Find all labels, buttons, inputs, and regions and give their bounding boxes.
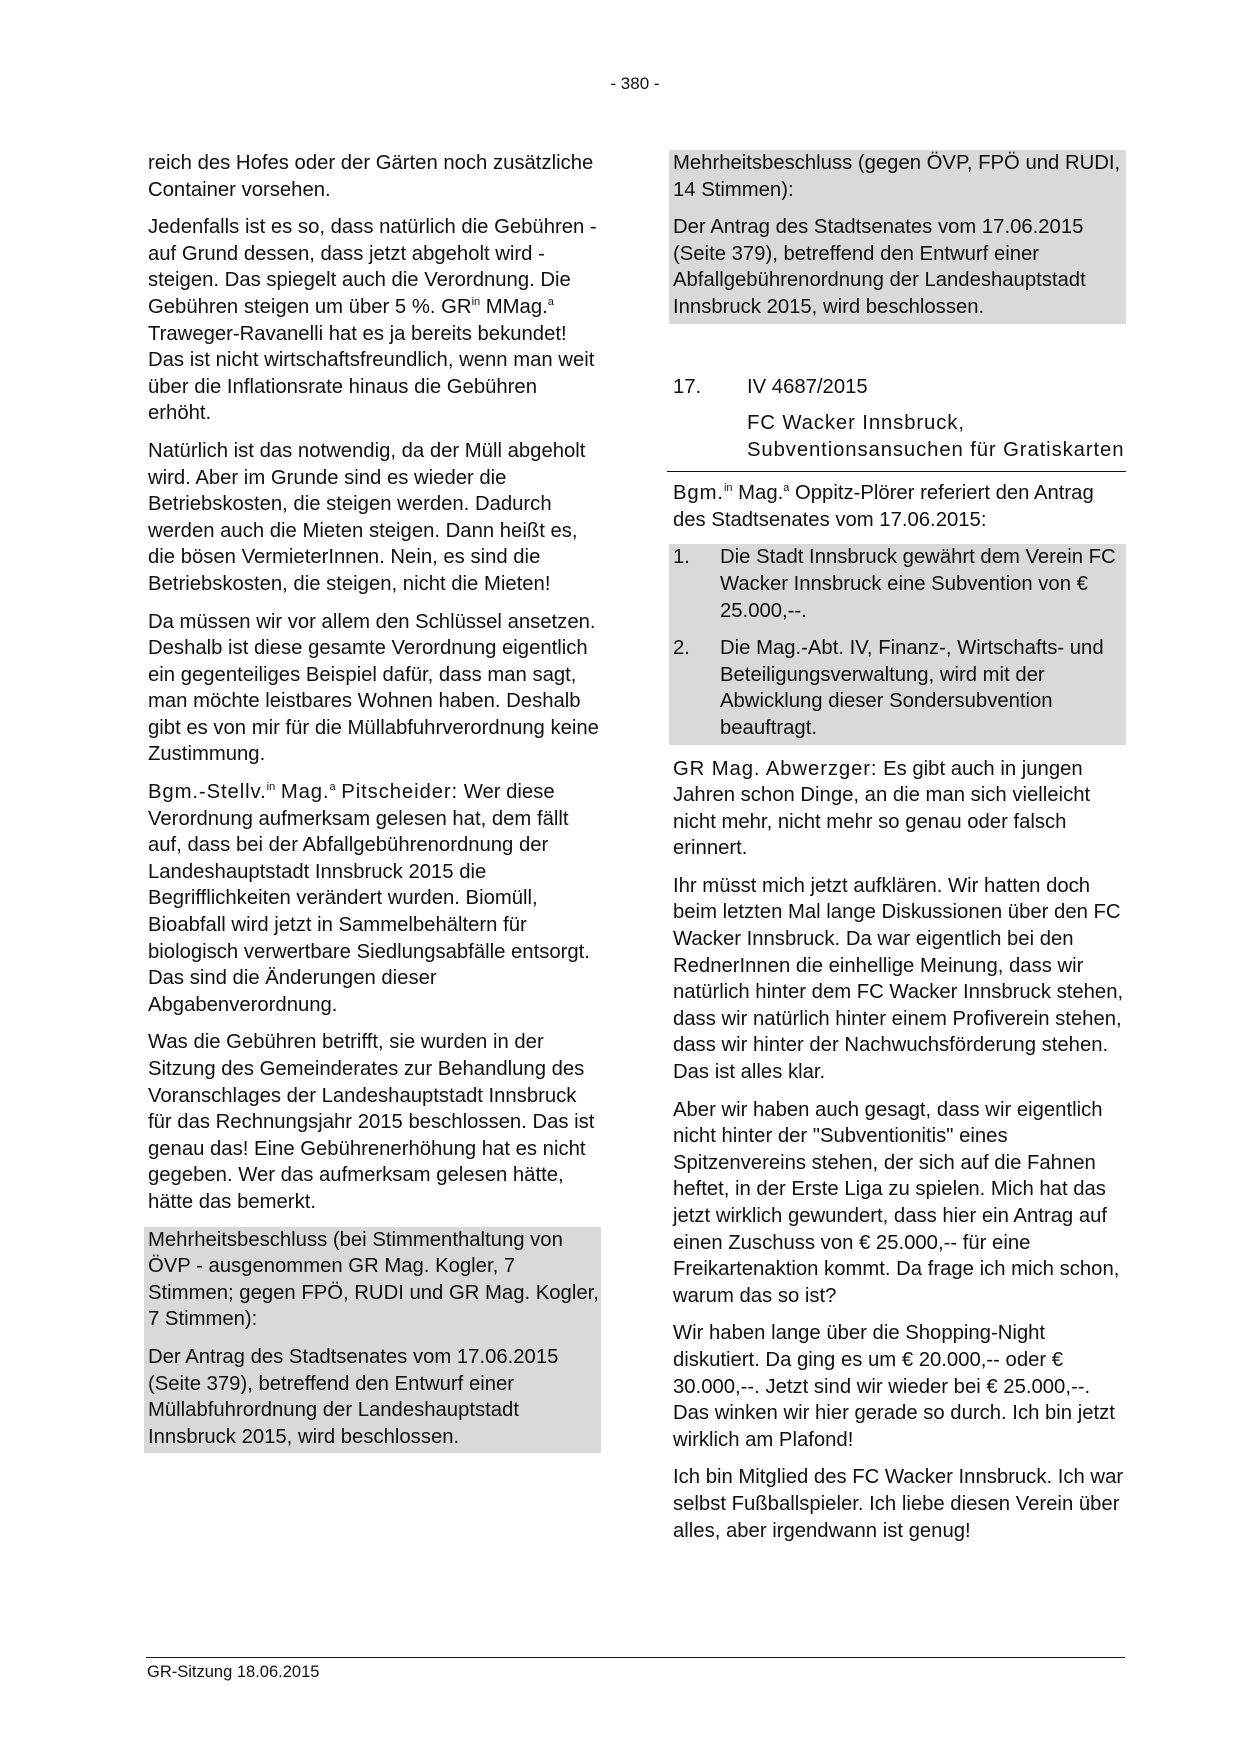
speaker-title: Bgm. — [673, 482, 724, 504]
heading-rule — [667, 471, 1126, 472]
speaker-text: Wer diese Verordnung aufmerksam gelesen … — [148, 781, 590, 1016]
referent-statement: Bgm.in Mag.a Oppitz-Plörer referiert den… — [673, 480, 1125, 533]
title-sup: in — [267, 781, 276, 793]
resolution-text: Der Antrag des Stadtsenates vom 17.06.20… — [148, 1344, 600, 1450]
resolution-box: Mehrheitsbeschluss (gegen ÖVP, FPÖ und R… — [669, 150, 1126, 324]
agenda-item: 17. IV 4687/2015 FC Wacker Innsbruck, Su… — [673, 374, 1125, 473]
speaker-title: Bgm.-Stellv. — [148, 781, 267, 803]
resolution-text: Der Antrag des Stadtsenates vom 17.06.20… — [673, 214, 1125, 320]
title-mmag: MMag. — [486, 296, 548, 318]
paragraph: Natürlich ist das notwendig, da der Müll… — [148, 438, 600, 598]
motion-number: 1. — [673, 544, 720, 624]
speaker-title: Mag. — [281, 781, 330, 803]
speaker-statement: GR Mag. Abwerzger: Es gibt auch in junge… — [673, 756, 1125, 862]
paragraph: Jedenfalls ist es so, dass natürlich die… — [148, 214, 600, 427]
resolution-vote: Mehrheitsbeschluss (bei Stimmenthaltung … — [148, 1227, 600, 1333]
footer-rule — [146, 1657, 1125, 1658]
paragraph: Ich bin Mitglied des FC Wacker Innsbruck… — [673, 1464, 1125, 1544]
motion-list: 1.Die Stadt Innsbruck gewährt dem Verein… — [673, 544, 1125, 741]
motion-box: 1.Die Stadt Innsbruck gewährt dem Verein… — [669, 544, 1126, 744]
title-sup: a — [548, 296, 554, 308]
title-sup: in — [724, 482, 733, 494]
agenda-number: 17. — [673, 374, 747, 401]
title-sup: a — [783, 482, 789, 494]
right-column: Mehrheitsbeschluss (gegen ÖVP, FPÖ und R… — [673, 150, 1125, 1555]
paragraph: reich des Hofes oder der Gärten noch zus… — [148, 150, 600, 203]
footer-text: GR-Sitzung 18.06.2015 — [147, 1663, 319, 1682]
paragraph: Aber wir haben auch gesagt, dass wir eig… — [673, 1097, 1125, 1310]
paragraph: Was die Gebühren betrifft, sie wurden in… — [148, 1029, 600, 1215]
title-gr: GR — [441, 296, 471, 318]
resolution-vote: Mehrheitsbeschluss (gegen ÖVP, FPÖ und R… — [673, 150, 1125, 203]
motion-text: Die Mag.-Abt. IV, Finanz-, Wirtschafts- … — [720, 635, 1125, 741]
title-sup: in — [472, 296, 481, 308]
speaker-name: Pitscheider: — [341, 781, 458, 803]
page-number: - 380 - — [0, 74, 1241, 94]
motion-item: 1.Die Stadt Innsbruck gewährt dem Verein… — [673, 544, 1125, 624]
resolution-box: Mehrheitsbeschluss (bei Stimmenthaltung … — [144, 1227, 601, 1454]
paragraph-text: Traweger-Ravanelli hat es ja bereits bek… — [148, 323, 594, 425]
motion-number: 2. — [673, 635, 720, 741]
agenda-reference: IV 4687/2015 — [747, 374, 868, 401]
agenda-title: FC Wacker Innsbruck, Subventionsansuchen… — [747, 410, 1125, 464]
title-sup: a — [330, 781, 336, 793]
paragraph: Da müssen wir vor allem den Schlüssel an… — [148, 609, 600, 769]
paragraph: Ihr müsst mich jetzt aufklären. Wir hatt… — [673, 873, 1125, 1086]
referent-text: Oppitz-Plörer referiert den Antrag des S… — [673, 482, 1094, 531]
motion-item: 2.Die Mag.-Abt. IV, Finanz-, Wirtschafts… — [673, 635, 1125, 741]
speaker-title: Mag. — [738, 482, 783, 504]
motion-text: Die Stadt Innsbruck gewährt dem Verein F… — [720, 544, 1125, 624]
left-column: reich des Hofes oder der Gärten noch zus… — [148, 150, 600, 1464]
speaker-name: GR Mag. Abwerzger: — [673, 758, 877, 780]
speaker-statement: Bgm.-Stellv.in Mag.a Pitscheider: Wer di… — [148, 779, 600, 1018]
paragraph: Wir haben lange über die Shopping-Night … — [673, 1320, 1125, 1453]
